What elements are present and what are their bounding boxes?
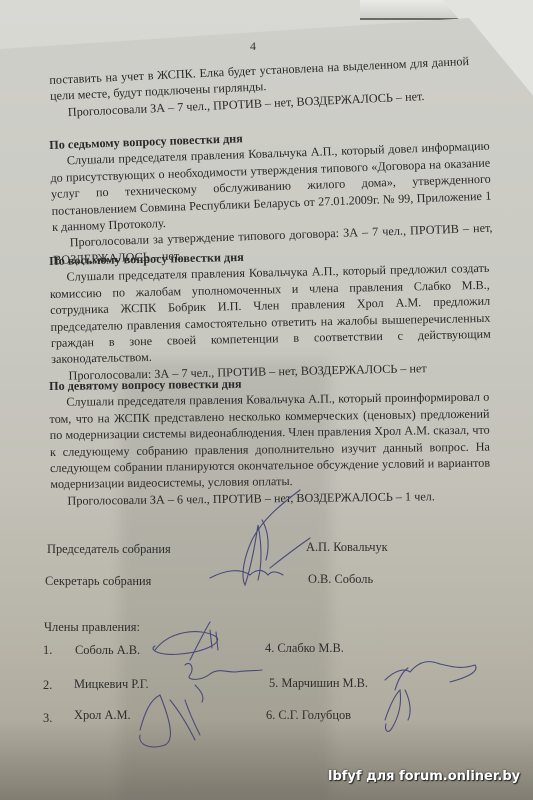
member-number: 3.: [43, 710, 52, 726]
page-number: 4: [250, 38, 256, 54]
document-content: 4 поставить на учет в ЖСПК. Елка будет у…: [0, 0, 533, 800]
section-9-body: Слушали председателя правления Ковальчук…: [49, 389, 490, 493]
members-label: Члены правления:: [44, 619, 140, 635]
chair-label: Председатель собрания: [47, 541, 171, 557]
member-name: 4. Слабко М.В.: [265, 640, 344, 656]
signature-member-5: [385, 662, 476, 690]
chair-name: А.П. Ковальчук: [306, 539, 388, 555]
member-number: 2.: [43, 677, 52, 693]
secretary-label: Секретарь собрания: [45, 573, 151, 589]
member-name: 5. Марчишин М.В.: [269, 675, 368, 691]
member-number: 1.: [43, 642, 52, 658]
member-name: 6. С.Г. Голубцов: [266, 707, 351, 723]
section-9: По девятому вопросу повестки дня Слушали…: [49, 373, 491, 510]
signature-secretary: [210, 538, 310, 578]
secretary-name: О.В. Соболь: [308, 571, 373, 587]
signature-member-1: [153, 622, 218, 660]
section-8: По восьмому вопросу повестки дня Слушали…: [49, 244, 492, 384]
section-8-body: Слушали председателя правления Ковальчук…: [49, 260, 491, 368]
member-name: Соболь А.В.: [75, 642, 140, 658]
intro-paragraph: поставить на учет в ЖСПК. Елка будет уст…: [49, 53, 471, 121]
member-name: Мицкевич Р.Г.: [74, 676, 149, 692]
section-7-body: Слушали председателя правления Ковальчук…: [50, 138, 493, 235]
signature-member-2: [185, 663, 262, 702]
watermark: lbfyf для forum.onliner.by: [328, 769, 520, 785]
signature-member-3: [140, 695, 200, 747]
signature-member-6: [385, 690, 410, 731]
member-name: Хрол А.М.: [74, 707, 131, 723]
